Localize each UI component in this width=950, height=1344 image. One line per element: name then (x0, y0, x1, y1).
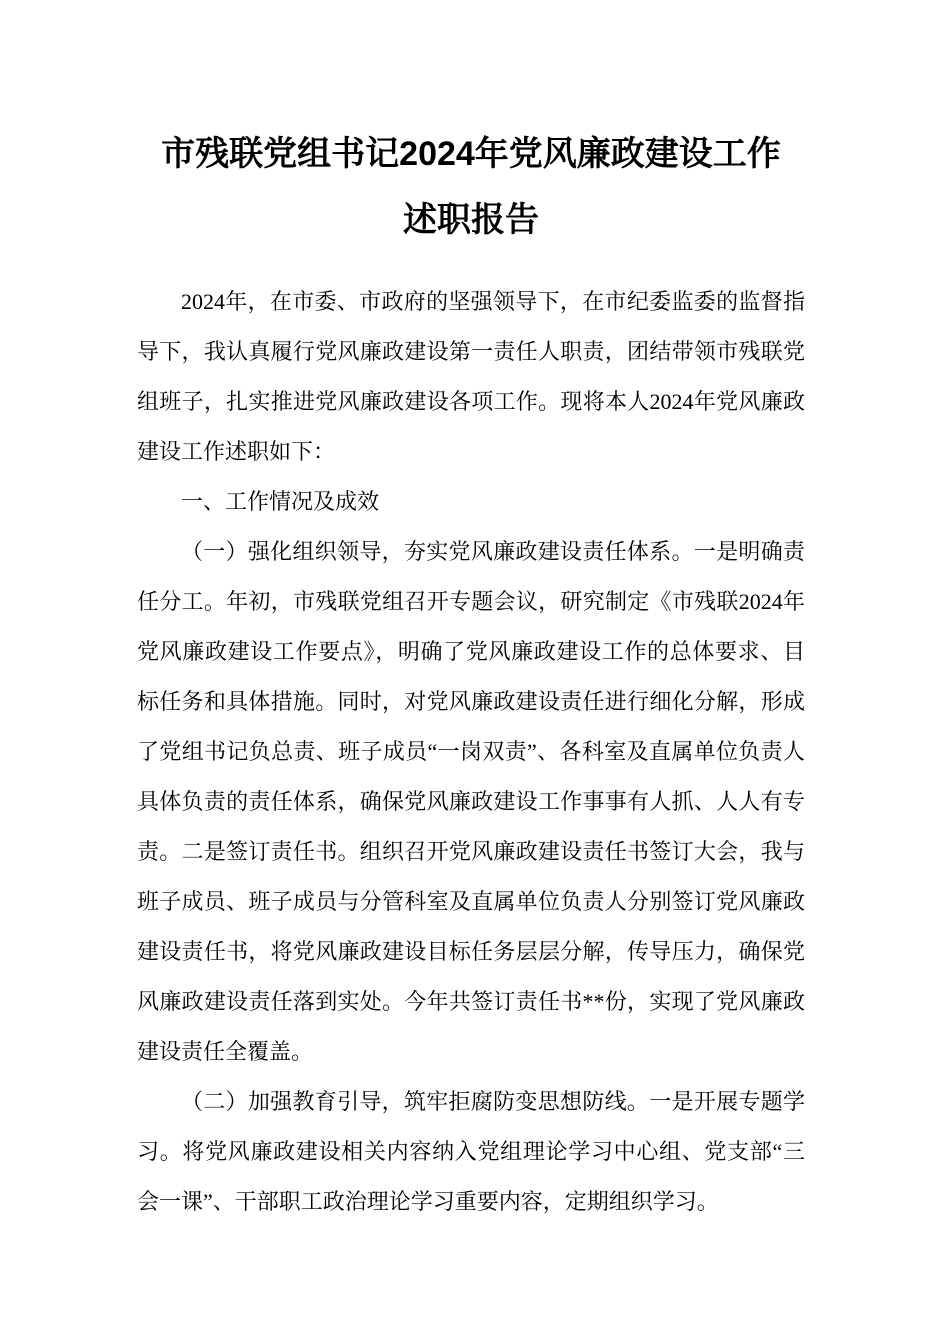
document-title: 市残联党组书记2024年党风廉政建设工作述职报告 (151, 121, 791, 253)
document-content: 市残联党组书记2024年党风廉政建设工作述职报告 2024年，在市委、市政府的坚… (0, 0, 950, 1344)
paragraph-intro: 2024年，在市委、市政府的坚强领导下，在市纪委监委的监督指导下，我认真履行党风… (137, 277, 805, 477)
section-heading-1: 一、工作情况及成效 (137, 477, 805, 527)
paragraph-section-1: （一）强化组织领导，夯实党风廉政建设责任体系。一是明确责任分工。年初，市残联党组… (137, 527, 805, 1077)
document-page: 市残联党组书记2024年党风廉政建设工作述职报告 2024年，在市委、市政府的坚… (0, 0, 950, 1344)
paragraph-section-2: （二）加强教育引导，筑牢拒腐防变思想防线。一是开展专题学习。将党风廉政建设相关内… (137, 1077, 805, 1227)
